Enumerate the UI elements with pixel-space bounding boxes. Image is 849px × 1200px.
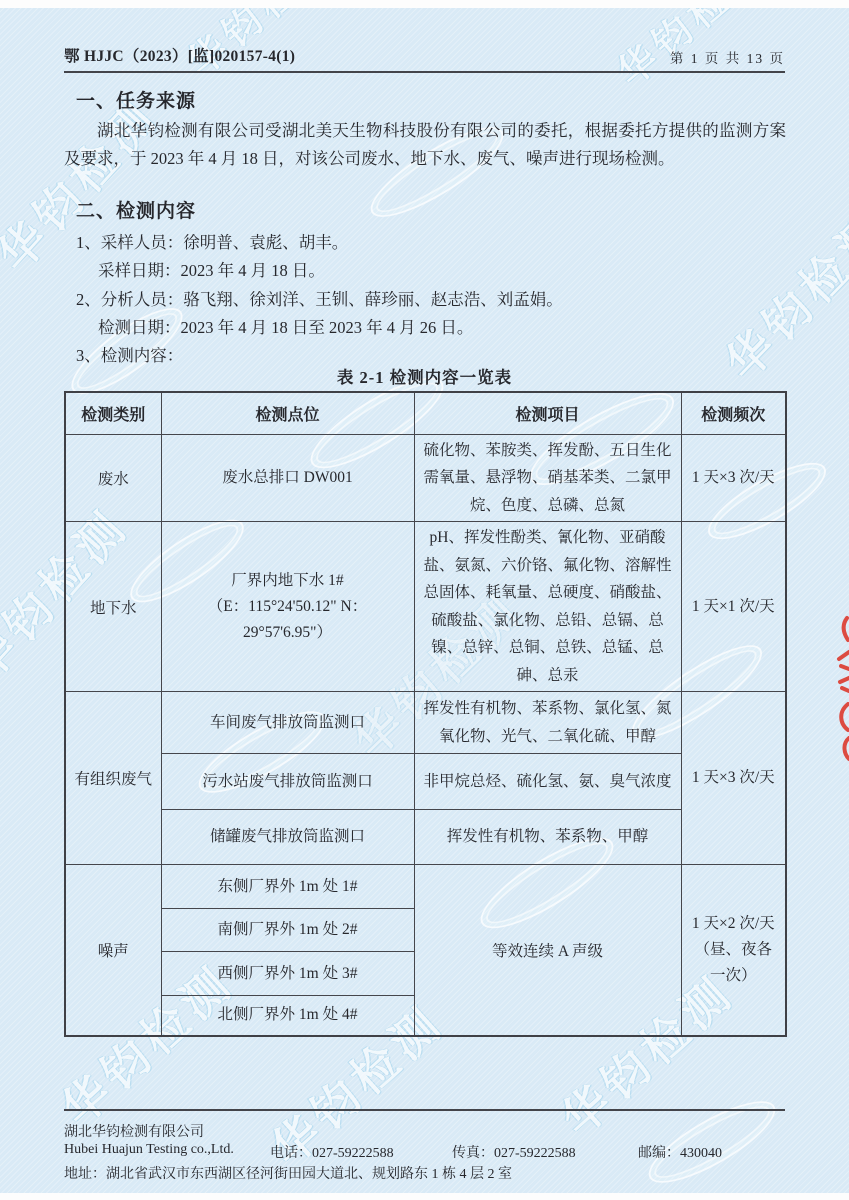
items-sewage-gas: 非甲烷总烃、硫化氢、氨、臭气浓度 <box>414 754 681 810</box>
point-workshop-gas: 车间废气排放筒监测口 <box>161 692 414 754</box>
category-wastewater: 废水 <box>65 434 161 522</box>
list-item-sampling-staff: 1、采样人员：徐明普、袁彪、胡丰。 <box>76 229 348 253</box>
header-divider <box>64 71 785 73</box>
category-groundwater: 地下水 <box>65 522 161 692</box>
footer-divider <box>64 1109 785 1111</box>
section1-paragraph: 湖北华钧检测有限公司受湖北美天生物科技股份有限公司的委托，根据委托方提供的监测方… <box>64 117 786 172</box>
point-noise-south: 南侧厂界外 1m 处 2# <box>161 909 414 952</box>
page-indicator: 第 1 页 共 13 页 <box>670 47 785 67</box>
red-stamp-strokes <box>831 612 849 764</box>
footer-postcode: 邮编：430040 <box>638 1142 722 1162</box>
freq-wastewater: 1 天×3 次/天 <box>681 434 786 522</box>
items-groundwater: pH、挥发性酚类、氰化物、亚硝酸盐、氨氮、六价铬、氟化物、溶解性总固体、耗氧量、… <box>414 522 681 692</box>
point-groundwater-coords: （E：115°24'50.12" N：29°57'6.95"） <box>168 594 408 646</box>
items-workshop-gas: 挥发性有机物、苯系物、氯化氢、氮氧化物、光气、二氧化硫、甲醇 <box>414 692 681 754</box>
point-groundwater-name: 厂界内地下水 1# <box>168 568 408 594</box>
category-organized-gas: 有组织废气 <box>65 692 161 865</box>
list-item-analysis-staff: 2、分析人员：骆飞翔、徐刘洋、王钏、薛珍丽、赵志浩、刘孟娟。 <box>76 286 563 310</box>
footer-phone: 电话：027-59222588 <box>270 1142 394 1162</box>
table-row: 地下水 厂界内地下水 1# （E：115°24'50.12" N：29°57'6… <box>65 522 786 692</box>
scan-edge-top <box>0 0 849 8</box>
table-row: 有组织废气 车间废气排放筒监测口 挥发性有机物、苯系物、氯化氢、氮氧化物、光气、… <box>65 692 786 754</box>
point-tank-gas: 储罐废气排放筒监测口 <box>161 810 414 865</box>
document-number: 鄂 HJJC（2023）[监]020157-4(1) <box>64 44 295 66</box>
freq-groundwater: 1 天×1 次/天 <box>681 522 786 692</box>
footer-company-en: Hubei Huajun Testing co.,Ltd. <box>64 1142 234 1158</box>
monitoring-content-table: 检测类别 检测点位 检测项目 检测频次 废水 废水总排口 DW001 硫化物、苯… <box>64 391 787 1037</box>
footer-contact-line: Hubei Huajun Testing co.,Ltd. 电话：027-592… <box>0 1142 849 1162</box>
scanned-page: 华钧检测 华钧检测 华钧检测 华钧检测 华钧检测 华钧检测 华钧检测 华钧检测 … <box>0 0 849 1200</box>
footer-company-cn: 湖北华钧检测有限公司 <box>64 1121 204 1141</box>
section2-title: 二、检测内容 <box>76 196 196 223</box>
table-row: 储罐废气排放筒监测口 挥发性有机物、苯系物、甲醇 <box>65 810 786 865</box>
table-row: 污水站废气排放筒监测口 非甲烷总烃、硫化氢、氨、臭气浓度 <box>65 754 786 810</box>
category-noise: 噪声 <box>65 865 161 1036</box>
footer-fax: 传真：027-59222588 <box>452 1142 576 1162</box>
freq-noise: 1 天×2 次/天（昼、夜各一次） <box>681 865 786 1036</box>
point-sewage-gas: 污水站废气排放筒监测口 <box>161 754 414 810</box>
point-noise-west: 西侧厂界外 1m 处 3# <box>161 952 414 996</box>
point-noise-north: 北侧厂界外 1m 处 4# <box>161 996 414 1036</box>
col-header-items: 检测项目 <box>414 392 681 434</box>
section1-title: 一、任务来源 <box>76 86 196 113</box>
footer-address: 地址：湖北省武汉市东西湖区径河街田园大道北、规划路东 1 栋 4 层 2 室 <box>64 1163 512 1183</box>
items-noise: 等效连续 A 声级 <box>414 865 681 1036</box>
table-title: 表 2-1 检测内容一览表 <box>64 364 785 388</box>
list-item-test-date: 检测日期：2023 年 4 月 18 日至 2023 年 4 月 26 日。 <box>98 314 473 338</box>
point-noise-east: 东侧厂界外 1m 处 1# <box>161 865 414 909</box>
list-item-sampling-date: 采样日期：2023 年 4 月 18 日。 <box>98 257 325 281</box>
table-row: 噪声 东侧厂界外 1m 处 1# 等效连续 A 声级 1 天×2 次/天（昼、夜… <box>65 865 786 909</box>
point-groundwater: 厂界内地下水 1# （E：115°24'50.12" N：29°57'6.95"… <box>161 522 414 692</box>
items-tank-gas: 挥发性有机物、苯系物、甲醇 <box>414 810 681 865</box>
freq-organized-gas: 1 天×3 次/天 <box>681 692 786 865</box>
col-header-point: 检测点位 <box>161 392 414 434</box>
col-header-category: 检测类别 <box>65 392 161 434</box>
list-item-test-content: 3、检测内容： <box>76 342 183 366</box>
table-header-row: 检测类别 检测点位 检测项目 检测频次 <box>65 392 786 434</box>
red-stamp-fragment <box>831 612 849 764</box>
items-wastewater: 硫化物、苯胺类、挥发酚、五日生化需氧量、悬浮物、硝基苯类、二氯甲烷、色度、总磷、… <box>414 434 681 522</box>
col-header-frequency: 检测频次 <box>681 392 786 434</box>
table-row: 废水 废水总排口 DW001 硫化物、苯胺类、挥发酚、五日生化需氧量、悬浮物、硝… <box>65 434 786 522</box>
point-wastewater: 废水总排口 DW001 <box>161 434 414 522</box>
scan-edge-bottom <box>0 1193 849 1200</box>
